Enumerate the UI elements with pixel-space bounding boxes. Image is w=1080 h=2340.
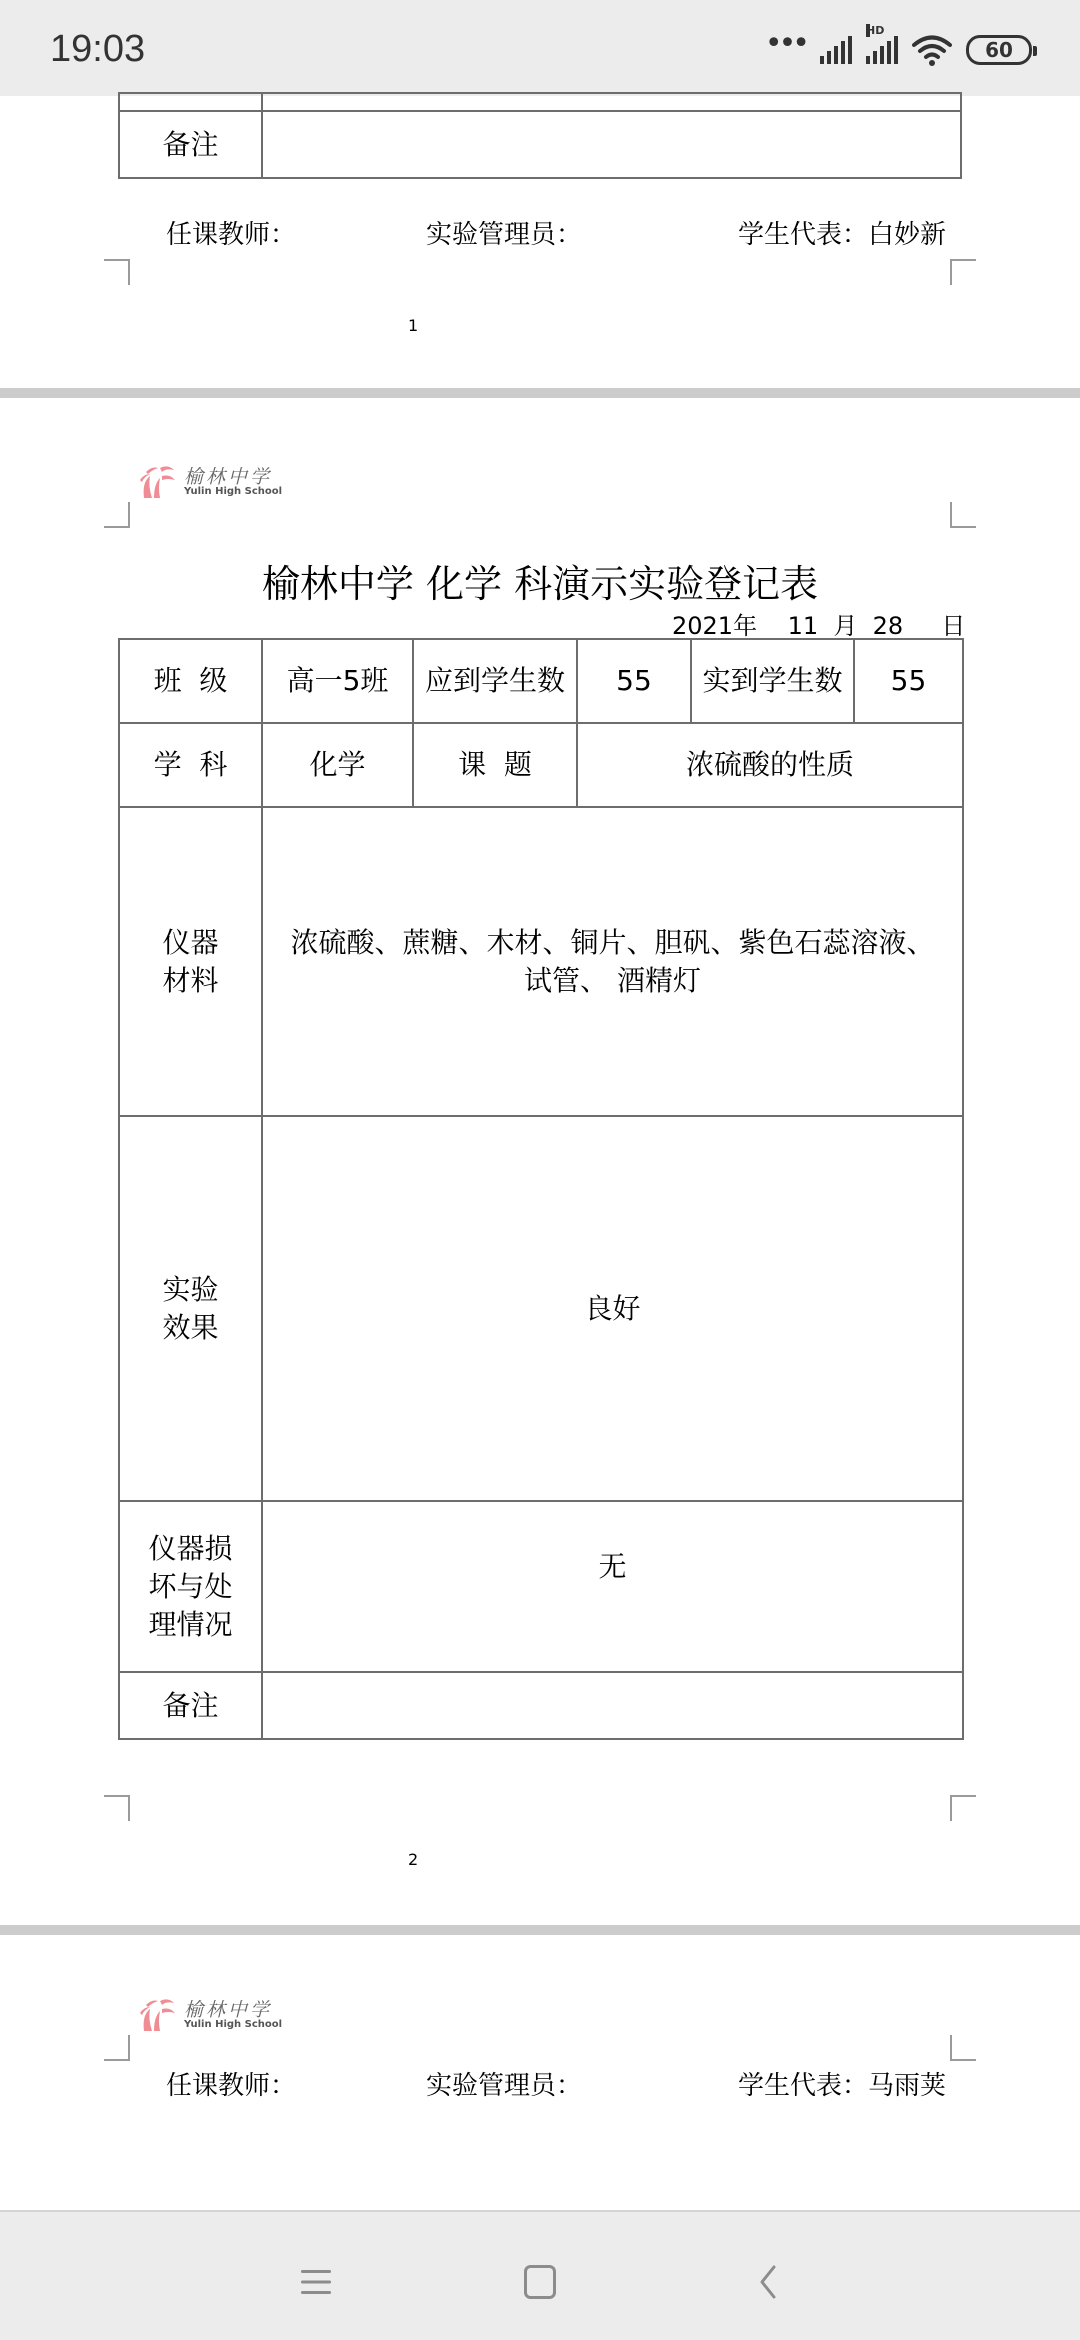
document-page-3: 榆林中学 Yulin High School 任课教师： 实验管理员： 学生代表… [0,1935,1080,2210]
topic-label: 课 题 [413,723,577,807]
status-time: 19:03 [50,28,145,71]
table-row: 仪器损 坏与处 理情况 无 [119,1501,963,1672]
topic-value: 浓硫酸的性质 [577,723,963,807]
page1-table-tail: 备注 [118,92,962,179]
damage-value: 无 [262,1501,963,1672]
class-value: 高一5班 [262,639,413,723]
table-row: 班 级 高一5班 应到学生数 55 实到学生数 55 [119,639,963,723]
wifi-icon [912,34,952,66]
document-page-1: 备注 任课教师： 实验管理员： 学生代表：白妙新 1 [0,96,1080,388]
manager-signature: 实验管理员： [426,214,582,251]
back-icon [756,2264,780,2300]
document-date: 2021年 11 月 28 日 [672,606,965,641]
hd-signal-icon: HD [866,36,898,64]
menu-button[interactable] [286,2252,346,2312]
margin-corner-mark [104,2035,130,2061]
margin-corner-mark [950,502,976,528]
table-row: 仪器 材料 浓硫酸、蔗糖、木材、铜片、胆矾、紫色石蕊溶液、试管、 酒精灯 [119,807,963,1116]
school-logo: 榆林中学 Yulin High School [140,1995,290,2037]
effect-value: 良好 [262,1116,963,1501]
margin-corner-mark [104,1795,130,1821]
logo-mark-icon [140,464,176,500]
materials-value: 浓硫酸、蔗糖、木材、铜片、胆矾、紫色石蕊溶液、试管、 酒精灯 [262,807,963,1116]
class-label: 班 级 [119,639,262,723]
school-logo: 榆林中学 Yulin High School [140,462,290,504]
margin-corner-mark [950,2035,976,2061]
logo-mark-icon [140,1997,176,2033]
back-button[interactable] [738,2252,798,2312]
page-separator [0,1925,1080,1935]
battery-icon: 60 [966,35,1032,65]
remark-label: 备注 [119,111,262,178]
table-row: 备注 [119,1672,963,1739]
student-signature: 学生代表：马雨荚 [738,2065,946,2102]
student-signature: 学生代表：白妙新 [738,214,946,251]
home-button[interactable] [510,2252,570,2312]
margin-corner-mark [104,502,130,528]
logo-chinese-name: 榆林中学 [184,1995,272,2022]
logo-english-name: Yulin High School [184,486,282,497]
page-number: 1 [408,316,418,335]
page-number: 2 [408,1850,418,1869]
remark-value [262,1672,963,1739]
damage-label: 仪器损 坏与处 理情况 [119,1501,262,1672]
actual-students-value: 55 [854,639,963,723]
table-row: 学 科 化学 课 题 浓硫酸的性质 [119,723,963,807]
subject-label: 学 科 [119,723,262,807]
teacher-signature: 任课教师： [166,214,296,251]
navigation-bar [0,2210,1080,2340]
actual-students-label: 实到学生数 [691,639,854,723]
manager-signature: 实验管理员： [426,2065,582,2102]
logo-english-name: Yulin High School [184,2019,282,2030]
page-separator [0,388,1080,398]
teacher-signature: 任课教师： [166,2065,296,2102]
hd-label: HD [866,24,870,37]
remark-label: 备注 [119,1672,262,1739]
more-dots-icon: ••• [765,26,806,61]
remark-value [262,111,961,178]
table-cell [262,93,961,111]
margin-corner-mark [104,259,130,285]
home-icon [523,2264,557,2300]
table-row: 实验 效果 良好 [119,1116,963,1501]
document-title: 榆林中学 化学 科演示实验登记表 [0,553,1080,608]
experiment-registration-table: 班 级 高一5班 应到学生数 55 实到学生数 55 学 科 化学 课 题 浓硫… [118,638,964,1740]
margin-corner-mark [950,1795,976,1821]
logo-chinese-name: 榆林中学 [184,462,272,489]
table-cell [119,93,262,111]
status-bar: 19:03 ••• HD 60 [0,0,1080,96]
signal-icon [820,36,852,64]
expected-students-value: 55 [577,639,691,723]
expected-students-label: 应到学生数 [413,639,577,723]
materials-label: 仪器 材料 [119,807,262,1116]
status-icons: ••• HD 60 [765,30,1032,70]
effect-label: 实验 效果 [119,1116,262,1501]
document-page-2: 榆林中学 Yulin High School 榆林中学 化学 科演示实验登记表 … [0,398,1080,1925]
menu-icon [299,2265,333,2299]
subject-value: 化学 [262,723,413,807]
margin-corner-mark [950,259,976,285]
